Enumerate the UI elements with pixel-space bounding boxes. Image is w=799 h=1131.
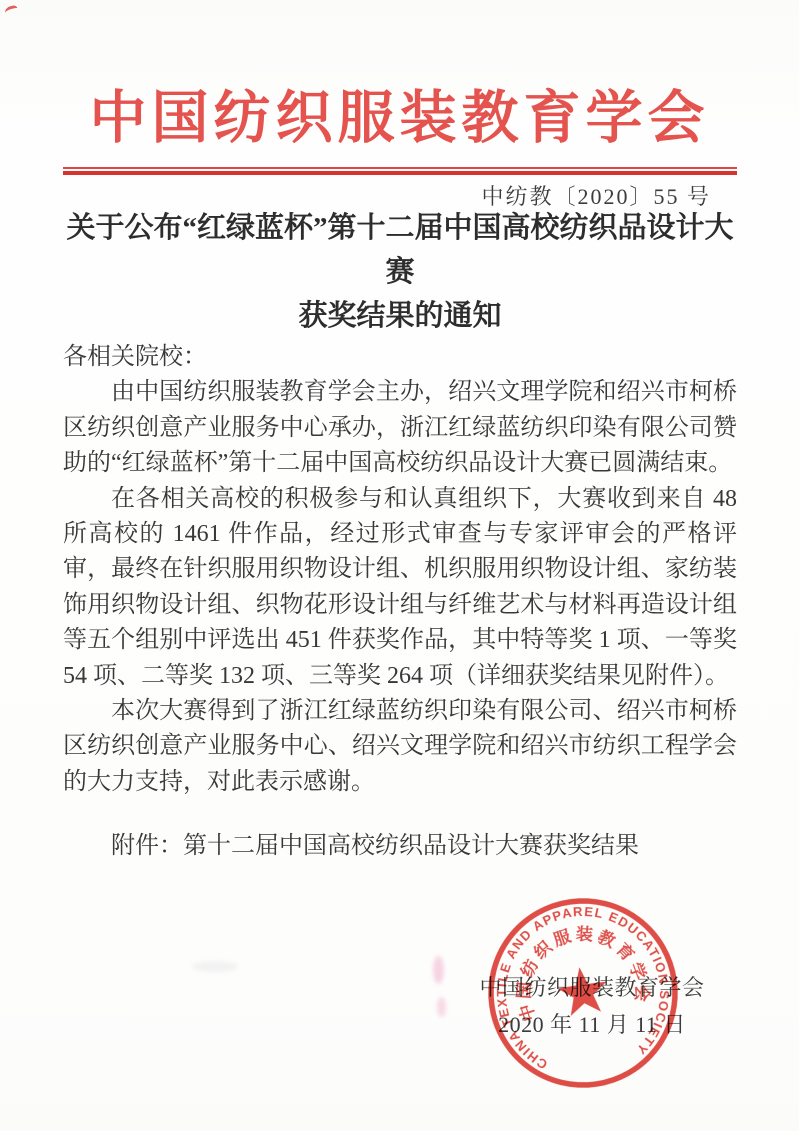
letterhead-rule-thick-line — [63, 171, 737, 175]
attachment-line: 附件：第十二届中国高校纺织品设计大赛获奖结果 — [63, 829, 737, 864]
document-title-line1: 关于公布“红绿蓝杯”第十二届中国高校纺织品设计大赛 — [63, 206, 737, 294]
scan-artifact-gray-smudge — [192, 961, 238, 972]
letterhead-rule — [63, 167, 737, 175]
scan-artifact-pink-smudge — [433, 956, 444, 984]
document-body: 各相关院校： 由中国纺织服装教育学会主办，绍兴文理学院和绍兴市柯桥区纺织创意产业… — [63, 340, 737, 865]
scan-artifact-red-mark — [4, 5, 19, 18]
document-page: 中国纺织服装教育学会 中纺教〔2020〕55 号 关于公布“红绿蓝杯”第十二届中… — [0, 0, 799, 1131]
scan-artifact-pink-smudge — [437, 997, 446, 1017]
body-paragraph-2: 在各相关高校的积极参与和认真组织下，大赛收到来自 48 所高校的 1461 件作… — [63, 482, 737, 694]
body-paragraph-3: 本次大赛得到了浙江红绿蓝纺织印染有限公司、绍兴市柯桥区纺织创意产业服务中心、绍兴… — [63, 694, 737, 800]
seal-star-icon — [555, 964, 610, 1017]
salutation: 各相关院校： — [63, 340, 737, 375]
body-paragraph-1: 由中国纺织服装教育学会主办，绍兴文理学院和绍兴市柯桥区纺织创意产业服务中心承办，… — [63, 375, 737, 481]
letterhead-org-name: 中国纺织服装教育学会 — [0, 72, 799, 154]
official-seal-stamp: CHINA TEXTILE AND APPAREL EDUCATION SOCI… — [470, 880, 696, 1106]
document-title: 关于公布“红绿蓝杯”第十二届中国高校纺织品设计大赛 获奖结果的通知 — [63, 206, 737, 338]
document-title-line2: 获奖结果的通知 — [63, 294, 737, 338]
